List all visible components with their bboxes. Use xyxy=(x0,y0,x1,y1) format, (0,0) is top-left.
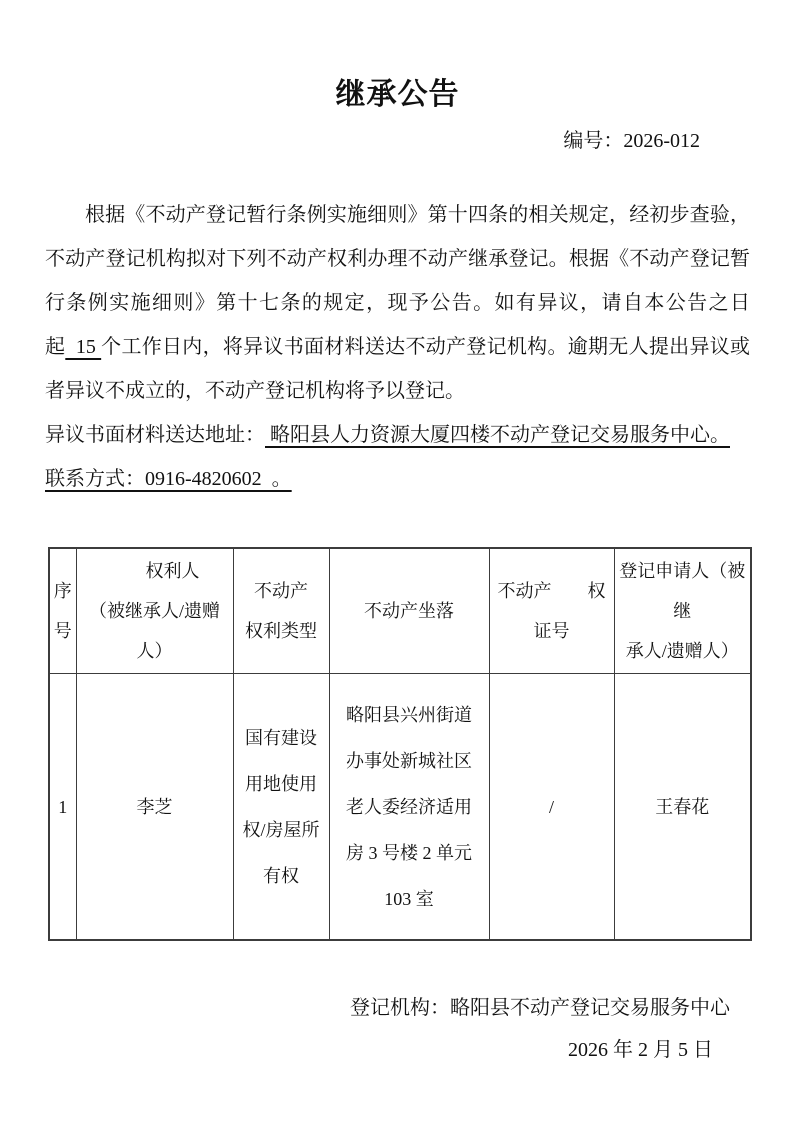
page-title: 继承公告 xyxy=(45,75,750,115)
header-right-type: 不动产 权利类型 xyxy=(233,548,329,674)
address-label: 异议书面材料送达地址： xyxy=(45,424,265,446)
announcement-table: 序 号 权利人 （被继承人/遗赠 人） 不动产 权利类型 不动产坐落 不动产 权… xyxy=(48,547,752,941)
address-value: 略阳县人力资源大厦四楼不动产登记交易服务中心。 xyxy=(265,424,730,446)
address-line: 异议书面材料送达地址： 略阳县人力资源大厦四楼不动产登记交易服务中心。 xyxy=(45,413,750,457)
registration-agency-line: 登记机构：略阳县不动产登记交易服务中心 xyxy=(45,993,750,1023)
document-page: 继承公告 编号：2026-012 根据《不动产登记暂行条例实施细则》第十四条的相… xyxy=(0,0,793,1122)
doc-number: 编号：2026-012 xyxy=(45,127,750,155)
cell-applicant: 王春花 xyxy=(614,674,751,941)
announcement-paragraph: 根据《不动产登记暂行条例实施细则》第十四条的相关规定，经初步查验，不动产登记机构… xyxy=(45,193,750,413)
cell-right-type: 国有建设 用地使用 权/房屋所 有权 xyxy=(233,674,329,941)
header-location: 不动产坐落 xyxy=(329,548,489,674)
announcement-date: 2026 年 2 月 5 日 xyxy=(45,1035,750,1065)
header-rights-holder: 权利人 （被继承人/遗赠 人） xyxy=(76,548,233,674)
contact-line: 联系方式：0916-4820602 。 xyxy=(45,457,750,501)
table-row: 1 李芝 国有建设 用地使用 权/房屋所 有权 略阳县兴州街道 办事处新城社区 … xyxy=(49,674,751,941)
document-footer: 登记机构：略阳县不动产登记交易服务中心 2026 年 2 月 5 日 xyxy=(45,993,750,1065)
table-header-row: 序 号 权利人 （被继承人/遗赠 人） 不动产 权利类型 不动产坐落 不动产 权… xyxy=(49,548,751,674)
cell-seq: 1 xyxy=(49,674,76,941)
cell-cert-no: / xyxy=(489,674,614,941)
cell-location: 略阳县兴州街道 办事处新城社区 老人委经济适用 房 3 号楼 2 单元 103 … xyxy=(329,674,489,941)
contact-value: 联系方式：0916-4820602 。 xyxy=(45,468,292,490)
cell-rights-holder: 李芝 xyxy=(76,674,233,941)
objection-days-value: 15 xyxy=(65,336,101,358)
paragraph-text-before-days: 根据《不动产登记暂行条例实施细则》第十四条的相关规定，经初步查验，不动产登记机构… xyxy=(45,204,750,358)
paragraph-text-after-days: 个工作日内，将异议书面材料送达不动产登记机构。逾期无人提出异议或者异议不成立的，… xyxy=(45,336,750,402)
header-cert-no: 不动产 权 证号 xyxy=(489,548,614,674)
header-seq: 序 号 xyxy=(49,548,76,674)
header-applicant: 登记申请人（被继 承人/遗赠人） xyxy=(614,548,751,674)
